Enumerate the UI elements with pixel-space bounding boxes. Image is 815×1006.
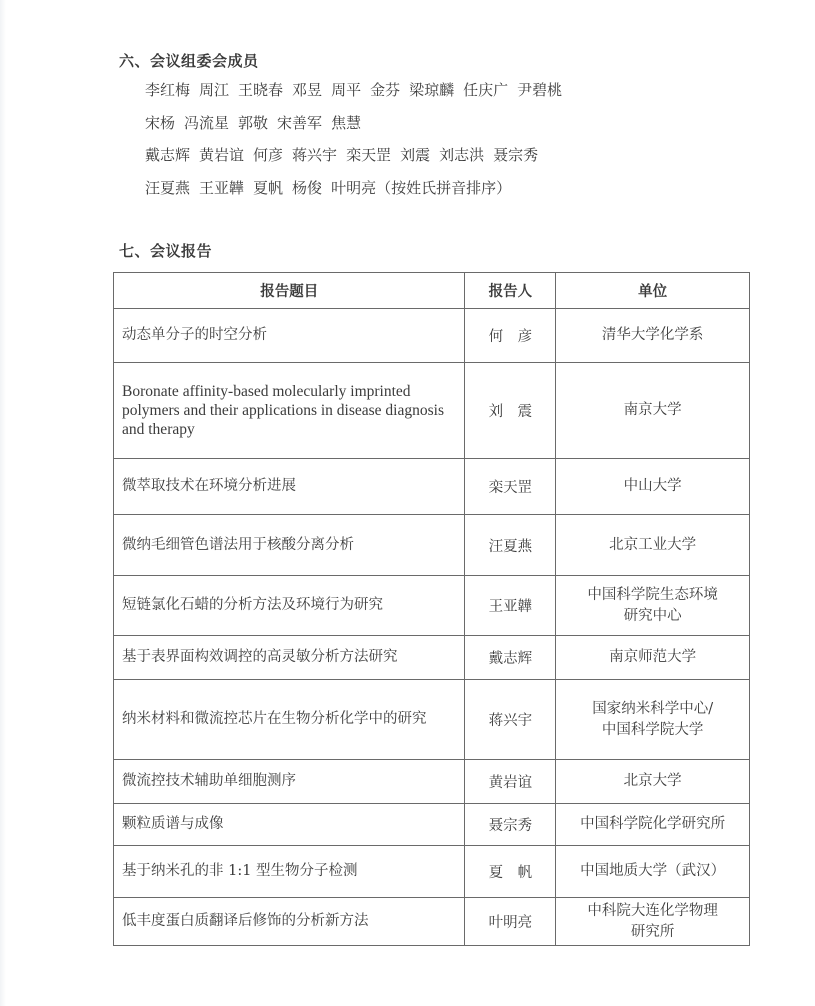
section-heading-committee: 六、会议组委会成员	[119, 50, 259, 71]
report-title: 颗粒质谱与成像	[114, 804, 465, 846]
report-title: 基于纳米孔的非 1:1 型生物分子检测	[114, 846, 465, 898]
member-name: 黄岩谊	[199, 146, 244, 164]
member-name: 栾天罡	[346, 146, 391, 164]
report-unit: 国家纳米科学中心/中国科学院大学	[556, 680, 750, 760]
report-unit: 中科院大连化学物理研究所	[556, 898, 750, 946]
member-name: 叶明亮（按姓氏拼音排序）	[331, 179, 511, 197]
member-name: 焦慧	[331, 114, 361, 132]
report-speaker: 聂宗秀	[465, 804, 556, 846]
report-speaker: 栾天罡	[465, 459, 556, 515]
table-row: 纳米材料和微流控芯片在生物分析化学中的研究蒋兴宇国家纳米科学中心/中国科学院大学	[114, 680, 750, 760]
member-name: 汪夏燕	[145, 179, 190, 197]
member-name: 王晓春	[238, 81, 283, 99]
member-name: 邓昱	[292, 81, 322, 99]
report-unit: 北京大学	[556, 760, 750, 804]
member-line: 李红梅周江王晓春邓昱周平金芬梁琼麟任庆广尹碧桃	[145, 78, 571, 111]
report-unit: 南京师范大学	[556, 636, 750, 680]
member-name: 李红梅	[145, 81, 190, 99]
table-row: 微纳毛细管色谱法用于核酸分离分析汪夏燕北京工业大学	[114, 515, 750, 576]
report-title: 微流控技术辅助单细胞测序	[114, 760, 465, 804]
report-title: 纳米材料和微流控芯片在生物分析化学中的研究	[114, 680, 465, 760]
member-name: 杨俊	[292, 179, 322, 197]
member-line: 汪夏燕王亚韡夏帆杨俊叶明亮（按姓氏拼音排序）	[145, 176, 571, 209]
report-speaker: 黄岩谊	[465, 760, 556, 804]
table-row: 基于表界面构效调控的高灵敏分析方法研究戴志辉南京师范大学	[114, 636, 750, 680]
report-title: 微纳毛细管色谱法用于核酸分离分析	[114, 515, 465, 576]
table-row: 微流控技术辅助单细胞测序黄岩谊北京大学	[114, 760, 750, 804]
report-title: 微萃取技术在环境分析进展	[114, 459, 465, 515]
member-line: 宋杨冯流星郭敬宋善军焦慧	[145, 111, 571, 144]
member-name: 任庆广	[463, 81, 508, 99]
report-speaker: 戴志辉	[465, 636, 556, 680]
member-name: 刘震	[400, 146, 430, 164]
table-body: 动态单分子的时空分析何 彦清华大学化学系Boronate affinity-ba…	[114, 309, 750, 946]
member-name: 金芬	[370, 81, 400, 99]
report-speaker: 蒋兴宇	[465, 680, 556, 760]
report-unit: 中国科学院化学研究所	[556, 804, 750, 846]
member-name: 周江	[199, 81, 229, 99]
member-name: 戴志辉	[145, 146, 190, 164]
scan-edge-shadow	[0, 0, 6, 1006]
table-row: 微萃取技术在环境分析进展栾天罡中山大学	[114, 459, 750, 515]
unit-line: 国家纳米科学中心/	[564, 699, 741, 720]
column-header-title: 报告题目	[114, 273, 465, 309]
report-speaker: 王亚韡	[465, 576, 556, 636]
table-row: 动态单分子的时空分析何 彦清华大学化学系	[114, 309, 750, 363]
column-header-speaker: 报告人	[465, 273, 556, 309]
report-speaker: 刘 震	[465, 363, 556, 459]
report-title: Boronate affinity-based molecularly impr…	[114, 363, 465, 459]
member-line: 戴志辉黄岩谊何彦蒋兴宇栾天罡刘震刘志洪聂宗秀	[145, 143, 571, 176]
member-name: 夏帆	[253, 179, 283, 197]
report-speaker: 何 彦	[465, 309, 556, 363]
section-heading-reports: 七、会议报告	[119, 240, 212, 261]
report-speaker: 叶明亮	[465, 898, 556, 946]
member-name: 何彦	[253, 146, 283, 164]
member-name: 郭敬	[238, 114, 268, 132]
reports-table: 报告题目 报告人 单位 动态单分子的时空分析何 彦清华大学化学系Boronate…	[113, 272, 750, 946]
member-name: 宋杨	[145, 114, 175, 132]
report-unit: 中国地质大学（武汉）	[556, 846, 750, 898]
table-row: 颗粒质谱与成像聂宗秀中国科学院化学研究所	[114, 804, 750, 846]
unit-line: 研究所	[564, 922, 741, 943]
unit-line: 中科院大连化学物理	[564, 901, 741, 922]
member-name: 梁琼麟	[409, 81, 454, 99]
report-title: 低丰度蛋白质翻译后修饰的分析新方法	[114, 898, 465, 946]
table-row: Boronate affinity-based molecularly impr…	[114, 363, 750, 459]
member-name: 冯流星	[184, 114, 229, 132]
report-speaker: 夏 帆	[465, 846, 556, 898]
member-name: 聂宗秀	[493, 146, 538, 164]
member-name: 宋善军	[277, 114, 322, 132]
committee-member-list: 李红梅周江王晓春邓昱周平金芬梁琼麟任庆广尹碧桃 宋杨冯流星郭敬宋善军焦慧 戴志辉…	[145, 78, 571, 208]
table-row: 短链氯化石蜡的分析方法及环境行为研究王亚韡中国科学院生态环境研究中心	[114, 576, 750, 636]
report-unit: 中山大学	[556, 459, 750, 515]
member-name: 王亚韡	[199, 179, 244, 197]
member-name: 蒋兴宇	[292, 146, 337, 164]
report-unit: 中国科学院生态环境研究中心	[556, 576, 750, 636]
table-row: 低丰度蛋白质翻译后修饰的分析新方法叶明亮中科院大连化学物理研究所	[114, 898, 750, 946]
report-title: 动态单分子的时空分析	[114, 309, 465, 363]
report-unit: 南京大学	[556, 363, 750, 459]
member-name: 尹碧桃	[517, 81, 562, 99]
document-page: 六、会议组委会成员 李红梅周江王晓春邓昱周平金芬梁琼麟任庆广尹碧桃 宋杨冯流星郭…	[0, 0, 815, 1006]
report-unit: 北京工业大学	[556, 515, 750, 576]
unit-line: 中国科学院大学	[564, 720, 741, 741]
unit-line: 研究中心	[564, 606, 741, 627]
report-title: 短链氯化石蜡的分析方法及环境行为研究	[114, 576, 465, 636]
table-header-row: 报告题目 报告人 单位	[114, 273, 750, 309]
report-title: 基于表界面构效调控的高灵敏分析方法研究	[114, 636, 465, 680]
table-row: 基于纳米孔的非 1:1 型生物分子检测夏 帆中国地质大学（武汉）	[114, 846, 750, 898]
member-name: 周平	[331, 81, 361, 99]
column-header-unit: 单位	[556, 273, 750, 309]
report-speaker: 汪夏燕	[465, 515, 556, 576]
member-name: 刘志洪	[439, 146, 484, 164]
unit-line: 中国科学院生态环境	[564, 585, 741, 606]
report-unit: 清华大学化学系	[556, 309, 750, 363]
